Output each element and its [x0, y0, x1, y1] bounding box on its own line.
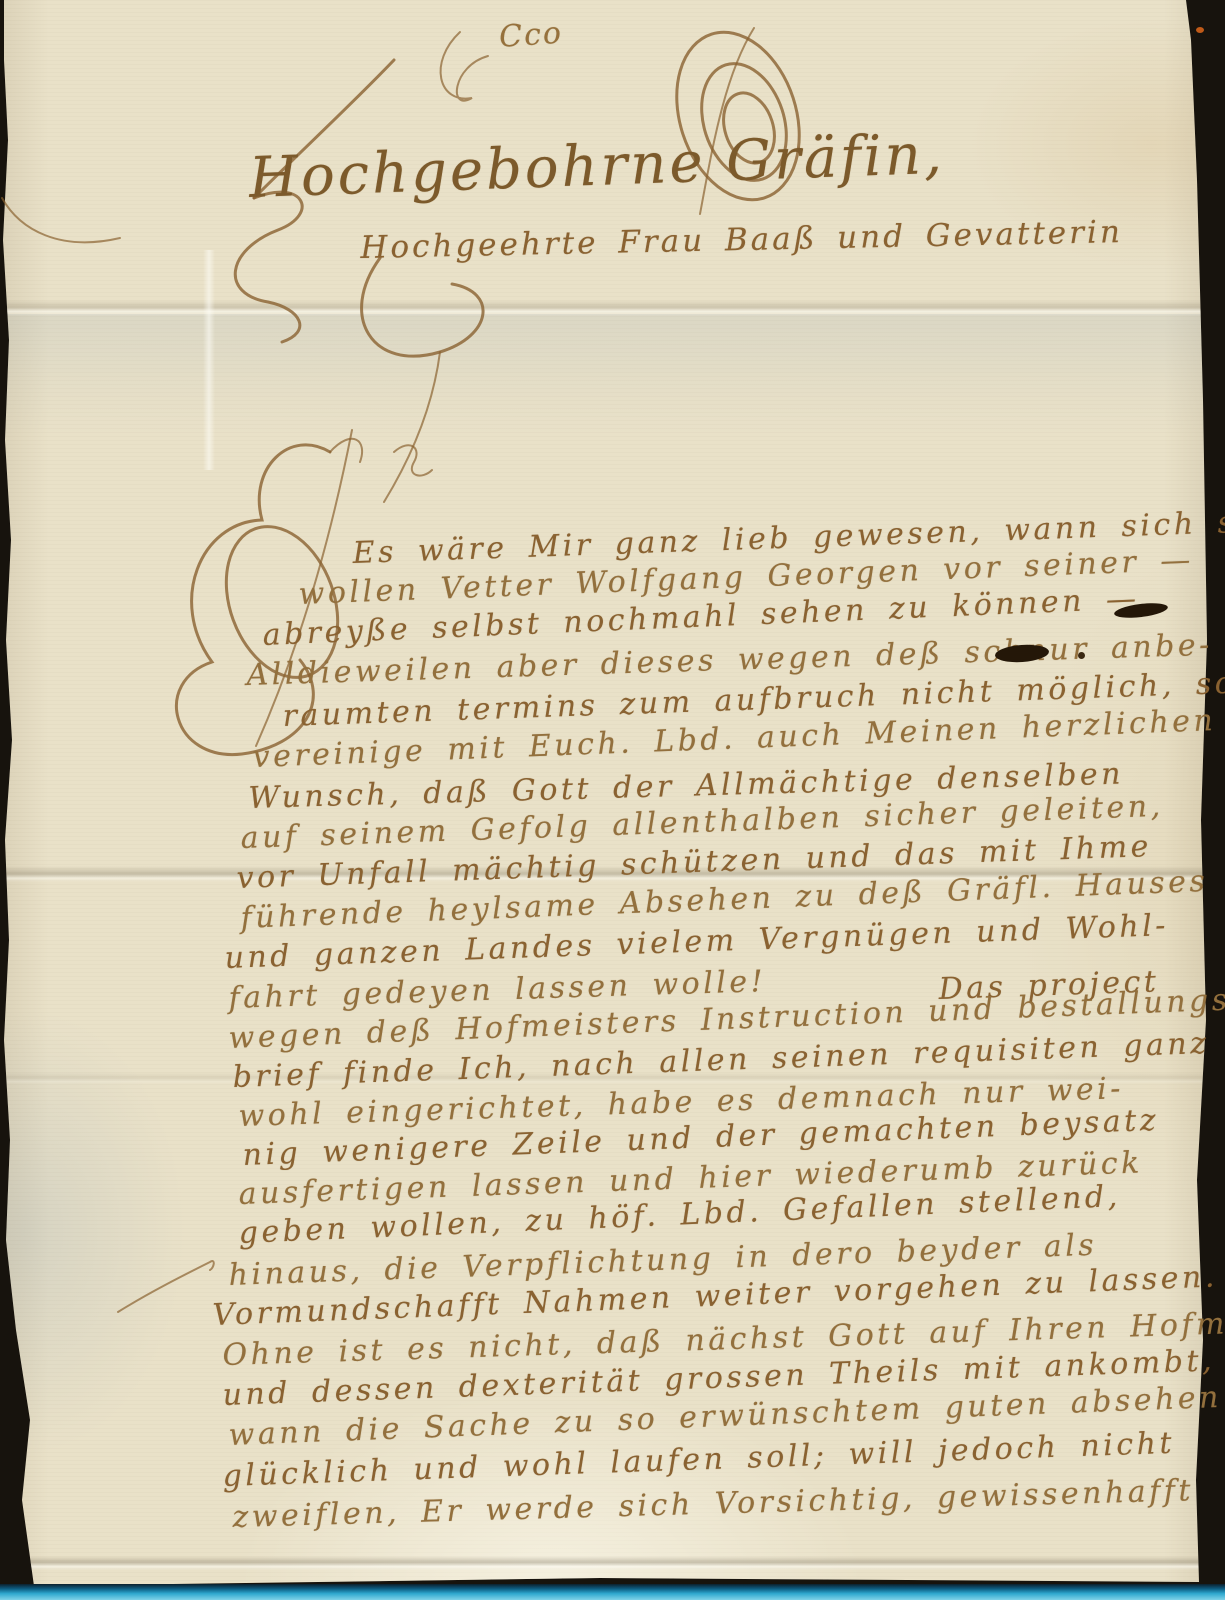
fold-shadow-wash [0, 314, 1225, 436]
scanned-letter-page: Cco Hochgebohrne Gräfin, Hochgeehrte Fra… [0, 0, 1225, 1600]
paper-speck [1196, 27, 1204, 33]
docket-mark: Cco [498, 16, 564, 55]
ink-dot [1078, 652, 1085, 659]
vertical-crease [203, 250, 215, 470]
fold-crease [0, 1556, 1225, 1570]
fold-crease [0, 300, 1225, 316]
scan-edge-strip [0, 1584, 1225, 1600]
